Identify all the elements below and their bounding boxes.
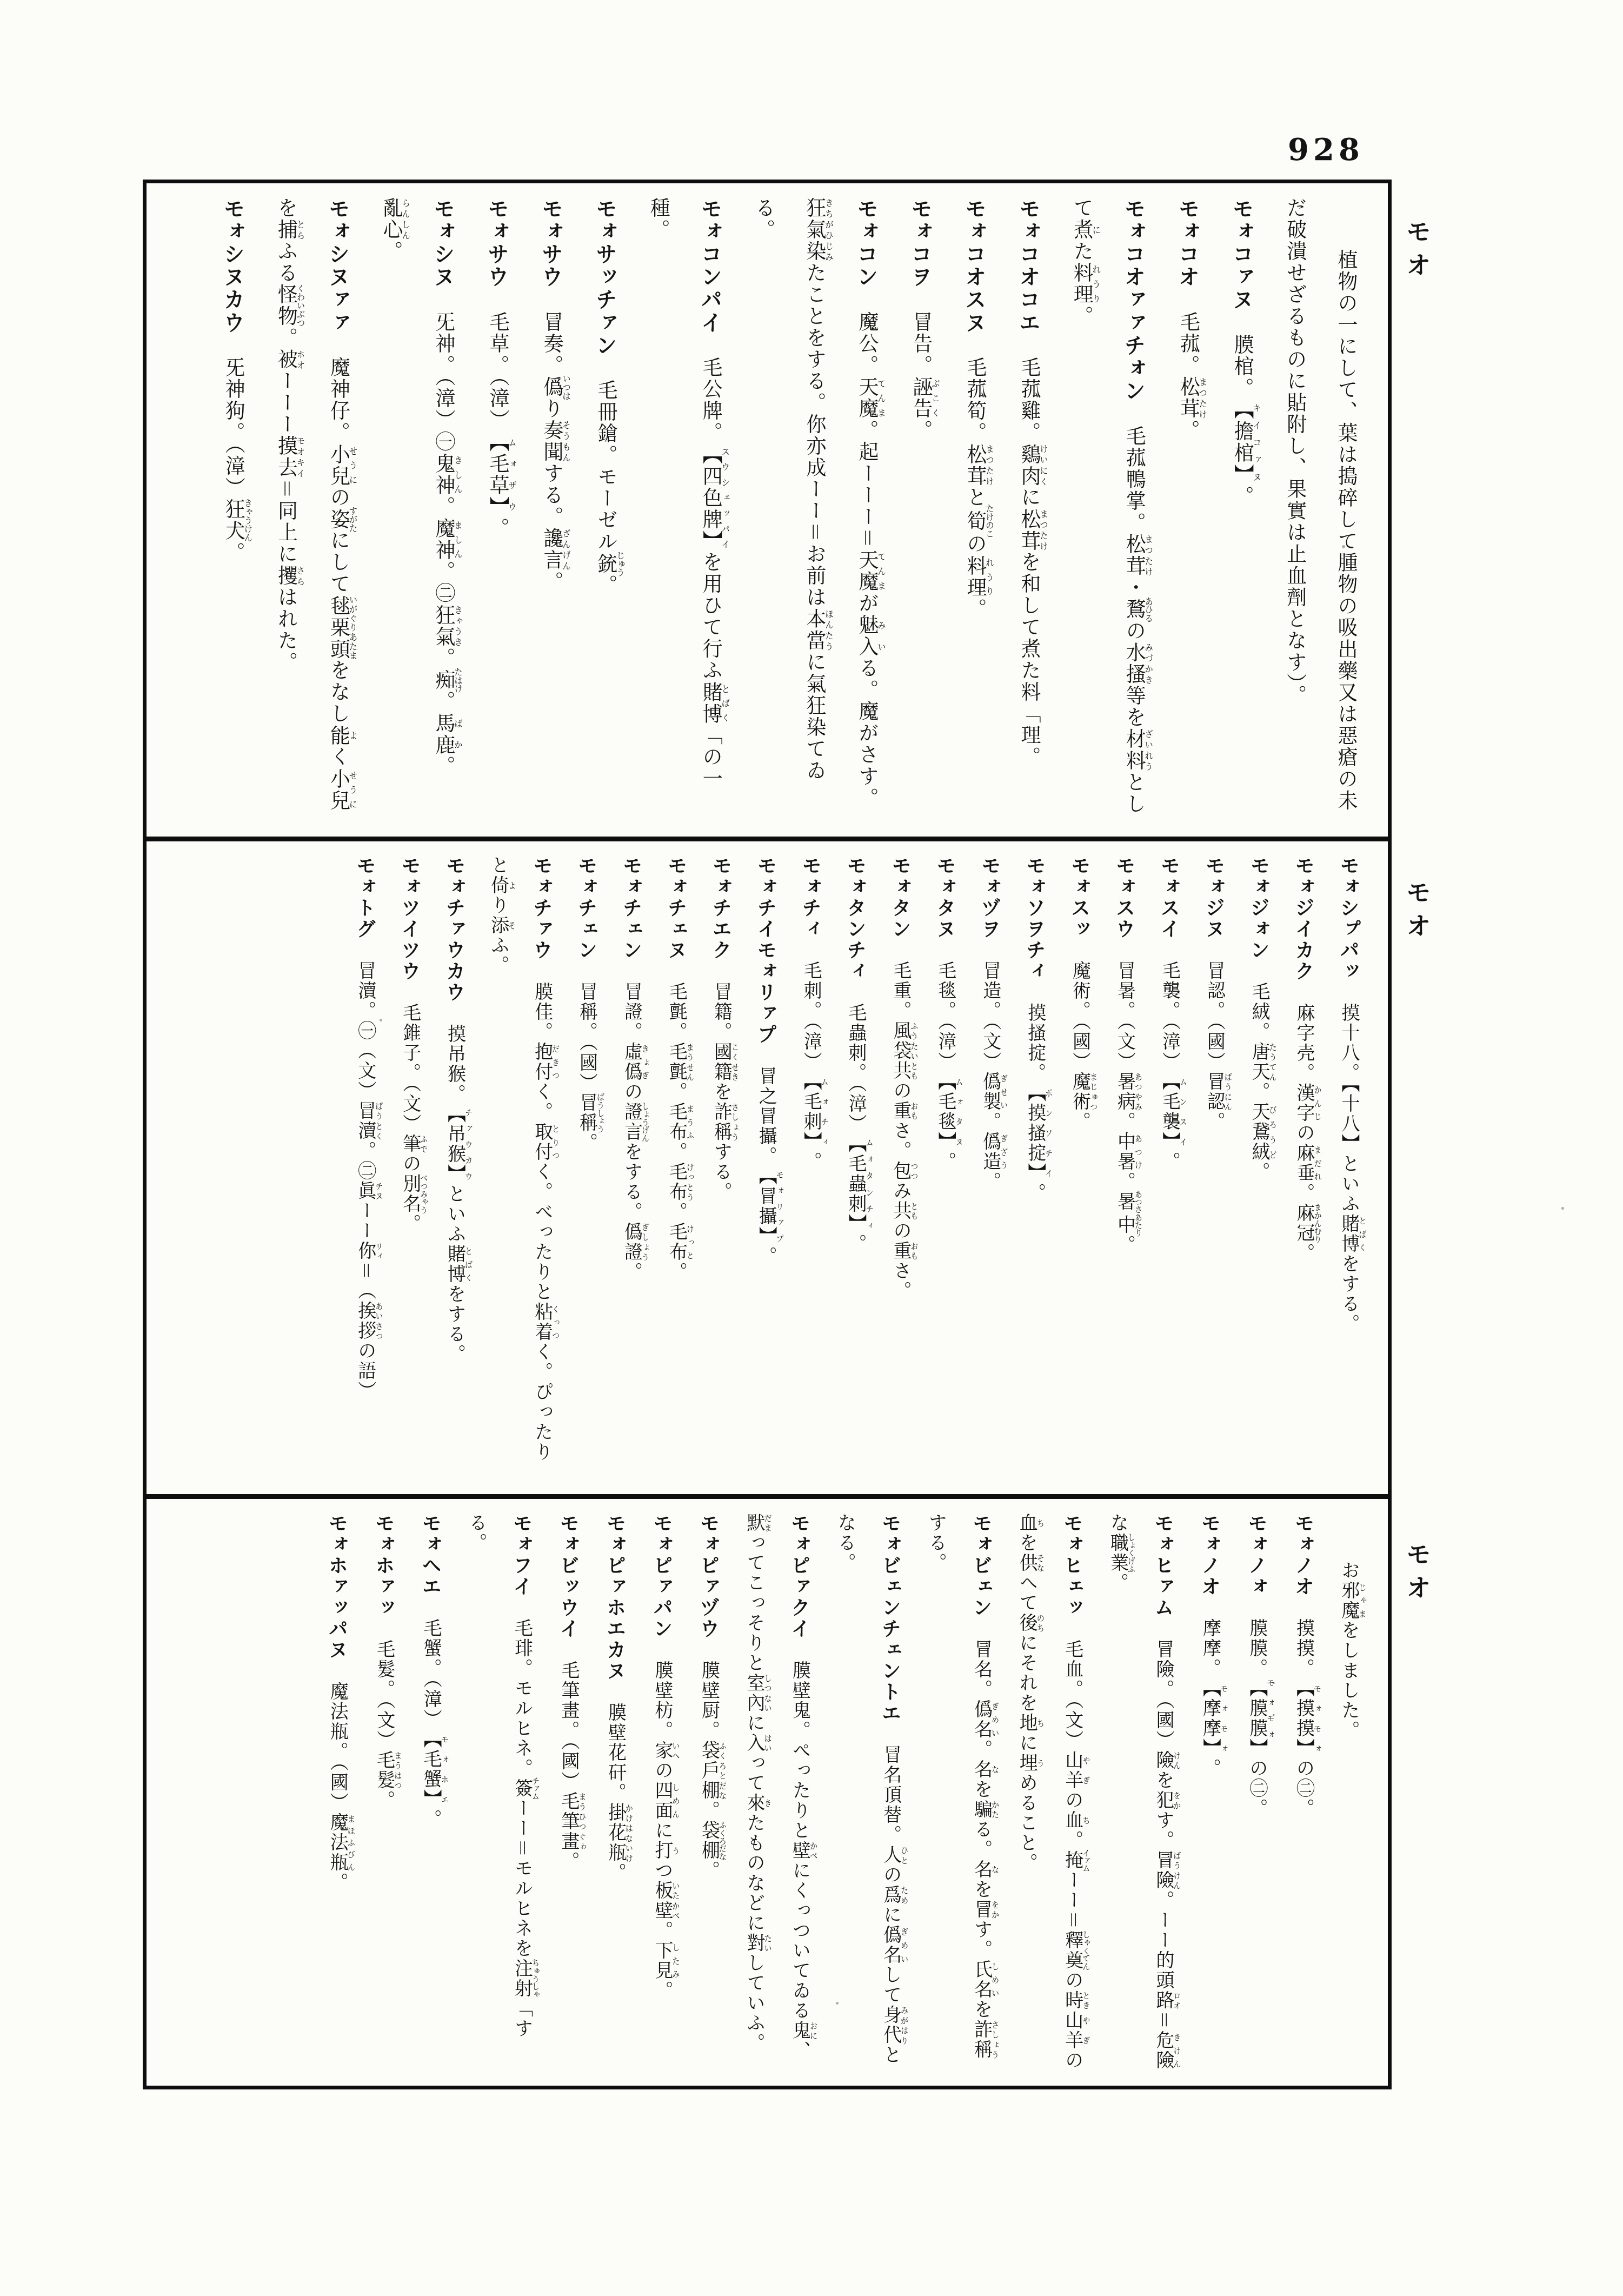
entry-term-with-furigana: 證言しょうげん <box>622 1102 642 1142</box>
entry-term-with-furigana: 亂心らんしん <box>380 197 402 241</box>
entry-headword: モォホァッパヌ <box>326 1513 348 1682</box>
scan-speck <box>836 2002 839 2005</box>
entry-headword: モォチェン <box>621 855 643 982</box>
dictionary-entry: お邪魔じゃまをしました。 <box>1326 1513 1371 2072</box>
entry-headword: モォタンチィ <box>844 855 867 1003</box>
entry-term-with-furigana: 料理れうり <box>1070 262 1092 306</box>
entry-headword: モォスッ <box>1069 855 1091 961</box>
entry-term-with-furigana: 風袋共ふうたいとも <box>890 1021 910 1081</box>
dictionary-entry: モォソヲチィ 摸搔掟。【摸搔掟】ポンソチイ。 <box>1012 855 1057 1480</box>
entry-headword: モォビェン <box>970 1513 993 1640</box>
entry-headword: モォジイカク <box>1293 855 1315 1003</box>
entry-term-with-furigana: 麻冠まかんむり <box>1294 1203 1314 1243</box>
dictionary-band-bottom: お邪魔じゃまをしました。モォノオ 摸摸。【摸摸】モォモォの㊁。モォノォ 膜膜。【… <box>147 1494 1388 2086</box>
entry-term-with-furigana: 身代みがはり <box>881 2005 901 2045</box>
margin-kana-label: モオ <box>1399 218 1435 286</box>
entry-term-with-furigana: 冒をか <box>972 1900 992 1920</box>
entry-headword: モォノォ <box>1246 1513 1268 1618</box>
entry-term-with-furigana: 掩イァム <box>1062 1850 1082 1870</box>
dictionary-entry: モォビェンチェントエ 冒名頂替。人ひとの爲ために僞名ぎめいして身代みがはりとなる… <box>823 1513 914 2072</box>
dictionary-entry: モォジォン 毛絨。唐天たうてん。天鵞絨びろうど。 <box>1236 855 1281 1480</box>
entry-term-with-furigana: 【膜膜】モ゚ォモ゚ォ <box>1247 1678 1267 1759</box>
entry-term-with-furigana: 摸去モオキイ <box>275 435 297 479</box>
entry-headword: モォシヌカウ <box>221 197 244 357</box>
entry-headword: モォシヌァァ <box>326 197 350 357</box>
entry-term-with-furigana: 【毛草】ムォザウ <box>486 432 508 518</box>
entry-term-with-furigana: 鷄肉けいにく <box>1017 444 1040 487</box>
entry-term-with-furigana: 攫さら <box>275 565 297 587</box>
dictionary-entry: モォヒェッ 毛血。（文）山羊やぎの血ち。掩イァムーー＝釋奠しゃくてんの時とき山羊… <box>1005 1513 1095 2072</box>
entry-term-with-furigana: 僞いつは <box>540 376 562 398</box>
entry-term-with-furigana: 狂犬きゃうけん <box>222 499 244 542</box>
dictionary-entry: モォコオコエ 毛菰雞。鷄肉けいにくに松茸まつたけを和して煮た料「理。 <box>1001 197 1055 822</box>
entry-term-with-furigana: 氏名しめい <box>972 1960 992 2000</box>
entry-headword: モォタン <box>889 855 912 961</box>
entry-term-with-furigana: 倚よ <box>488 875 508 895</box>
entry-term-with-furigana: 痴たはけ <box>432 669 454 691</box>
dictionary-entry: モォシㇷ゚パッ 摸十八。【十八】といふ賭博とばくをする。 <box>1326 855 1371 1480</box>
entry-term-with-furigana: 壁かべ <box>790 1841 810 1861</box>
entry-term-with-furigana: 唐天たうてん <box>1249 1042 1269 1082</box>
entry-headword: モォチァウ <box>531 855 553 982</box>
entry-term-with-furigana: 【毛蟲刺】ムォタンチィ <box>846 1134 866 1234</box>
dictionary-entry: モォノオ 摩摩。【摩摩】モォモォ。 <box>1186 1513 1233 2072</box>
dictionary-entry: モォチイモォリァプ 冒之冒攝。【冒攝】モォリァプ。 <box>743 855 788 1480</box>
entry-term-with-furigana: 材料ざいれう <box>1122 728 1145 772</box>
entry-headword: モォチァウカウ <box>444 855 466 1024</box>
entry-headword: モォコンパイ <box>698 197 722 357</box>
entry-term-with-furigana: 袋棚ふくろだな <box>699 1821 719 1861</box>
entry-headword: モォヅヲ <box>979 855 1001 961</box>
entry-headword: モォチエク <box>710 855 732 982</box>
entry-term-with-furigana: 入はい <box>744 1733 764 1753</box>
entry-term-with-furigana: 險けん <box>1153 1750 1173 1770</box>
entry-headword: モォコオコエ <box>1016 197 1040 357</box>
entry-term-with-furigana: 毛髮まうはつ <box>374 1750 394 1790</box>
dictionary-entry: モォジイカク 麻字壳。漢字かんじの麻垂まだれ。麻冠まかんむり。 <box>1281 855 1326 1480</box>
entry-term-with-furigana: 山羊やぎ <box>1062 1750 1082 1790</box>
entry-term-with-furigana: 僞名ぎめい <box>881 1925 901 1965</box>
entry-headword: モォビェンチェントエ <box>880 1513 902 1745</box>
entry-headword: モォスウ <box>1113 855 1135 961</box>
entry-term-with-furigana: 天魔てんま <box>855 376 877 420</box>
entry-term-with-furigana: 毛布けっと <box>666 1222 686 1262</box>
entry-term-with-furigana: 怪物くわいぶつ <box>275 284 297 327</box>
entry-term-with-furigana: 魔術まじゅつ <box>1070 1072 1090 1112</box>
dictionary-entry: モォコヲ 冒告。誣告ぶこく。 <box>893 197 947 822</box>
entry-headword: モォノオ <box>1292 1513 1314 1618</box>
entry-term-with-furigana: 松茸まつたけ <box>1122 534 1145 577</box>
entry-term-with-furigana: 簽チァム <box>511 1779 531 1799</box>
dictionary-entry: モォスウ 冒暑。（文）暑病あつやみ。中暑あつけ。暑中あつさあたり。 <box>1102 855 1147 1480</box>
entry-term-with-furigana: 鬼おに <box>790 2021 810 2041</box>
entry-term-with-furigana: 血ち <box>1062 1810 1082 1830</box>
entry-term-with-furigana: 冒險ばうけん <box>1153 1850 1173 1890</box>
dictionary-band-middle: モォシㇷ゚パッ 摸十八。【十八】といふ賭博とばくをする。モォジイカク 麻字壳。漢… <box>147 837 1388 1494</box>
entry-headword: モォピァヅウ <box>697 1513 720 1661</box>
entry-term-with-furigana: 供そな <box>1016 1553 1036 1573</box>
dictionary-entry: モォコァヌ 膜棺。【擔棺】キイコァヌ。 <box>1214 197 1268 822</box>
entry-term-with-furigana: 人ひと <box>881 1845 901 1865</box>
entry-headword: モォノオ <box>1199 1513 1221 1618</box>
entry-term-with-furigana: 鶩あひる <box>1122 599 1145 620</box>
dictionary-entry: モォタン 毛重。風袋共ふうたいともの重おもさ。包つつみ共ともの重おもさ。 <box>877 855 922 1480</box>
dictionary-entry: モォサウ 冒奏。僞いつはり奏聞そうもんする。讒言ざんげん。 <box>524 197 578 822</box>
entry-term-with-furigana: 職業しょくげふ <box>1107 1533 1127 1573</box>
entry-term-with-furigana: 【摸摸】モォモォ <box>1293 1678 1313 1759</box>
entry-headword: モォピァクイ <box>789 1513 811 1661</box>
entry-headword: モォジォン <box>1248 855 1270 982</box>
entry-headword: モォコオスヌ <box>962 197 986 357</box>
entry-term-with-furigana: 別名べつみゃう <box>400 1174 420 1214</box>
entry-headword: モォフイ <box>510 1513 533 1618</box>
entry-term-with-furigana: 掛花瓶かけはないけ <box>605 1803 625 1863</box>
scan-speck <box>1561 1207 1564 1210</box>
entry-term-with-furigana: 路ロオ <box>1153 1990 1173 2010</box>
entry-term-with-furigana: 毛布まうふ <box>666 1102 686 1142</box>
entry-term-with-furigana: 賭博とばく <box>699 682 721 725</box>
entry-headword: モォコァヌ <box>1229 197 1253 334</box>
entry-term-with-furigana: 四面しめん <box>652 1781 672 1821</box>
entry-headword: モォシヌ <box>431 197 455 311</box>
entry-term-with-furigana: 松茸まつたけ <box>963 444 986 487</box>
entry-term-with-furigana: 【摸搔掟】ポンソチイ <box>1025 1083 1045 1183</box>
entry-headword: モォヘエ <box>420 1513 442 1618</box>
entry-term-with-furigana: 名な <box>972 1760 992 1780</box>
entry-term-with-furigana: 詐稱さしょう <box>972 2020 992 2060</box>
entry-term-with-furigana: 暑病あつやみ <box>1114 1072 1134 1112</box>
entry-headword: モォタヌ <box>934 855 956 961</box>
entry-term-with-furigana: 冒稱ばうしょう <box>577 1093 597 1133</box>
dictionary-entry: モォビェン 冒名。僞名ぎめい。名なを騙かたる。名なを冒をかす。氏名しめいを詐稱さ… <box>914 1513 1005 2072</box>
dictionary-entry: モォコオァァチォン 毛菰鴨掌。松茸まつたけ・鶩あひるの水搔みづかき等を材料ざいれ… <box>1055 197 1160 822</box>
entry-term-with-furigana: 小兒せうに <box>327 444 349 487</box>
dictionary-entry: モォチィ 毛刺。（漳）【毛刺】ムォチィ。 <box>788 855 833 1480</box>
dictionary-entry: モォタヌ 毛毯。（漳）【毛毯】ムォタヌ。 <box>922 855 967 1480</box>
entry-term-with-furigana: 狂氣きゃうき <box>432 605 454 648</box>
entry-term-with-furigana: 僞名ぎめい <box>972 1700 992 1740</box>
dictionary-entry: モォホァッ 毛髮。（文）毛髮まうはつ。 <box>360 1513 407 2072</box>
entry-term-with-furigana: 默だま <box>744 1513 764 1533</box>
entry-term-with-furigana: 姿すがた <box>327 509 349 530</box>
entry-term-with-furigana: 銃じゅう <box>594 553 616 575</box>
entry-term-with-furigana: 下見したみ <box>652 1941 672 1981</box>
entry-term-with-furigana: 奏聞そうもん <box>540 420 562 463</box>
entry-term-with-furigana: 讒言ざんげん <box>540 528 562 571</box>
dictionary-entry: モォタンチィ 毛蟲刺。（漳）【毛蟲刺】ムォタンチィ。 <box>833 855 877 1480</box>
entry-headword: モォホァッ <box>373 1513 395 1640</box>
entry-term-with-furigana: 抱付だきつ <box>532 1042 552 1082</box>
entry-term-with-furigana: 對たい <box>744 1933 764 1953</box>
entry-term-with-furigana: 共とも <box>890 1201 910 1221</box>
dictionary-entry: 植物の一にして、葉は搗碎して腫物の吸出藥又は惡瘡の未だ破潰せざるものに貼附し、果… <box>1268 197 1371 822</box>
dictionary-entry: モォビッウイ 毛筆畫。（國）毛筆畫まうひつぐゎ。 <box>544 1513 591 2072</box>
dictionary-entry: モォジヌ 冒認。（國）冒認ばうにん。 <box>1191 855 1236 1480</box>
entry-term-with-furigana: 漢字かんじ <box>1294 1083 1314 1123</box>
entry-term-with-furigana: 【毛襲】ムンスイ <box>1159 1072 1179 1152</box>
dictionary-entry: モォスイ 毛襲。（漳）【毛襲】ムンスイ。 <box>1146 855 1191 1480</box>
entry-headword: モォツイツウ <box>399 855 421 1003</box>
dictionary-entry: モォフイ 毛琲。モルヒネ。簽チァムーー＝モルヒネを注射ちゅうしゃ「する。 <box>454 1513 544 2072</box>
entry-term-with-furigana: 僞造ぎざう <box>980 1132 1000 1172</box>
dictionary-entry: モォピァヅウ 膜壁厨。袋戶棚ふくろとだな。袋棚ふくろだな。 <box>685 1513 732 2072</box>
entry-term-with-furigana: 時とき <box>1062 1990 1082 2010</box>
entry-term-with-furigana: 國籍こくせき <box>711 1042 731 1082</box>
entry-term-with-furigana: 小兒せうに <box>327 768 349 812</box>
entry-term-with-furigana: 麻垂まだれ <box>1294 1143 1314 1183</box>
entry-term-with-furigana: 取付とりつ <box>532 1122 552 1162</box>
entry-term-with-furigana: 來き <box>744 1793 764 1813</box>
entry-headword: モォコオ <box>1175 197 1199 311</box>
entry-term-with-furigana: 粘着くっつ <box>532 1302 552 1342</box>
dictionary-entry: モォシヌカウ 旡神狗。（漳）狂犬きゃうけん。 <box>205 197 260 822</box>
entry-term-with-furigana: 邪魔じゃま <box>1339 1581 1359 1621</box>
entry-headword: モォサウ <box>539 197 563 311</box>
entry-headword: モォコヲ <box>908 197 932 311</box>
entry-term-with-furigana: 家いへ <box>652 1741 672 1761</box>
dictionary-entry: モォコンパイ 毛公牌。【四色牌】スウシェッパイを用ひて行ふ賭博とばく「の一種。 <box>632 197 737 822</box>
dictionary-entry: モォサッチァン 毛冊鎗。モーゼル銃じゅう。 <box>578 197 632 822</box>
entry-term-with-furigana: 僞證ぎしょう <box>622 1222 642 1262</box>
dictionary-entry: モォシヌァァ 魔神仔。小兒せうにの姿すがたにして毬栗頭いがぐりあたまをなし能よく… <box>260 197 364 822</box>
entry-term-with-furigana: 血ち <box>1016 1513 1036 1533</box>
entry-term-with-furigana: 【毛蟹】モォホエ <box>421 1729 441 1809</box>
entry-term-with-furigana: 山羊やぎ <box>1062 2010 1082 2051</box>
entry-headword: モォサッチァン <box>593 197 617 380</box>
entry-term-with-furigana: 室內しつない <box>744 1673 764 1713</box>
entry-term-with-furigana: 魔法瓶まほふびん <box>327 1813 347 1873</box>
dictionary-entry: モォチエク 冒籍。國籍こくせきを詐稱さしょうする。 <box>698 855 743 1480</box>
entry-term-with-furigana: 冒瀆ばうとく <box>355 1101 375 1141</box>
margin-kana-label: モオ <box>1399 879 1435 946</box>
dictionary-entry: モォチェヌ 毛氈。毛氈まうせん。毛布まうふ。毛布けっとう。毛布けっと。 <box>654 855 699 1480</box>
dictionary-entry: モォピァホエカヌ 膜壁花矸。掛花瓶かけはないけ。 <box>591 1513 638 2072</box>
entry-headword: モォチィ <box>800 855 822 961</box>
scan-speck <box>1342 545 1345 548</box>
entry-term-with-furigana: 松茸まつたけ <box>1176 376 1199 420</box>
dictionary-entry: モォピァパン 膜壁枋。家いへの四面しめんに打うつ板壁いたかべ。下見したみ。 <box>638 1513 685 2072</box>
entry-term-with-furigana: 【毛毯】ムォタヌ <box>935 1072 955 1152</box>
entry-term-with-furigana: 本當ほんたう <box>803 608 825 652</box>
entry-term-with-furigana: 毬栗頭いがぐりあたま <box>327 595 349 660</box>
entry-headword: モォビッウイ <box>557 1513 580 1661</box>
entry-term-with-furigana: 釋奠しゃくてん <box>1062 1930 1082 1970</box>
entry-headword: モォヒァム <box>1152 1513 1174 1640</box>
entry-term-with-furigana: 添そ <box>488 915 508 935</box>
entry-term-with-furigana: 誣告ぶこく <box>909 376 932 420</box>
dictionary-entry: モォチァウ 膜佳。抱付だきつく。取付とりつく。べったりと粘着くっつく。ぴったりと… <box>477 855 564 1480</box>
dictionary-entry: モォコオスヌ 毛菰筍。松茸まつたけと筍たけのこの料理れうり。 <box>947 197 1001 822</box>
entry-term-with-furigana: 詐稱さしょう <box>711 1102 731 1142</box>
dictionary-entry: モォサウ 毛草。（漳）【毛草】ムォザウ。 <box>470 197 524 822</box>
entry-term-with-furigana: 重おも <box>890 1101 910 1121</box>
entry-term-with-furigana: 名な <box>972 1860 992 1880</box>
entry-term-with-furigana: 板壁いたかべ <box>652 1881 672 1921</box>
entry-term-with-furigana: 【毛刺】ムォチィ <box>801 1072 821 1152</box>
entry-term-with-furigana: 注射ちゅうしゃ <box>511 1959 531 1999</box>
entry-term-with-furigana: 【擔棺】キイコァヌ <box>1230 399 1253 486</box>
entry-term-with-furigana: 煮に <box>1070 219 1092 241</box>
entry-headword: モォチェヌ <box>665 855 687 982</box>
entry-term-with-furigana: 水搔みづかき <box>1122 642 1145 685</box>
dictionary-entry: モォピァクイ 膜壁鬼。ぺったりと壁かべにくっついてゐる鬼おに、默だまってこっそり… <box>731 1513 822 2072</box>
entry-term-with-furigana: 魅入みい <box>855 614 877 658</box>
entry-term-with-furigana: 【吊猴】チァウカウ <box>445 1104 465 1184</box>
entry-term-with-furigana: 埋う <box>1016 1753 1036 1773</box>
entry-term-with-furigana: 後のち <box>1016 1613 1036 1633</box>
entry-term-with-furigana: 危險きけん <box>1153 2030 1173 2071</box>
entry-headword: モォコオァァチォン <box>1121 197 1145 426</box>
dictionary-entry: モォチェン 冒證。虛僞きょぎの證言しょうげんをする。僞證ぎしょう。 <box>609 855 654 1480</box>
dictionary-entry: モォヒァム 冒險。（國）險けんを犯をかす。冒險ばうけん。ーー的頭路ロオ＝危險きけ… <box>1095 1513 1186 2072</box>
entry-term-with-furigana: 眞チヌ <box>355 1181 375 1201</box>
entry-headword: モォチイモォリァプ <box>755 855 777 1066</box>
entry-term-with-furigana: 【冒攝】モォリァプ <box>756 1166 776 1246</box>
dictionary-entry: モォホァッパヌ 魔法瓶。（國）魔法瓶まほふびん。 <box>314 1513 361 2072</box>
dictionary-entry: モォコオ 毛菰。松茸まつたけ。 <box>1160 197 1214 822</box>
dictionary-entry: モォコン 魔公。天魔てんま。起ーーー＝天魔てんまが魅入みいる。魔がさす。狂氣染き… <box>737 197 893 822</box>
entry-term-with-furigana: 打う <box>652 1841 672 1861</box>
page-number: 928 <box>1288 132 1364 168</box>
dictionary-entry: モォスッ 魔術。（國）魔術まじゅつ。 <box>1057 855 1102 1480</box>
entry-term-with-furigana: 被ホオ <box>275 349 297 370</box>
entry-term-with-furigana: 毛筆畫まうひつぐゎ <box>558 1791 578 1852</box>
entry-headword: モォシㇷ゚パッ <box>1338 855 1360 1003</box>
margin-kana-label: モオ <box>1399 1541 1435 1608</box>
entry-headword: モォヒェッ <box>1061 1513 1083 1640</box>
entry-term-with-furigana: 袋戶棚ふくろとだな <box>699 1741 719 1801</box>
entry-term-with-furigana: 犯をか <box>1153 1790 1173 1810</box>
dictionary-entry: モォヅヲ 冒造。（文）僞製ぎせい。僞造ぎざう。 <box>967 855 1012 1480</box>
entry-term-with-furigana: 魔神ましん <box>432 518 454 561</box>
entry-term-with-furigana: 你リィ <box>355 1241 375 1261</box>
scanned-dictionary-page: { "page": { "number": "928", "margin_lab… <box>0 0 1623 2296</box>
dictionary-band-top: 植物の一にして、葉は搗碎して腫物の吸出藥又は惡瘡の未だ破潰せざるものに貼附し、果… <box>147 183 1388 837</box>
entry-term-with-furigana: 賭博とばく <box>1339 1214 1359 1254</box>
entry-headword: モォソヲチィ <box>1024 855 1046 1003</box>
entry-headword: モォコン <box>854 197 878 311</box>
entry-term-with-furigana: 僞製ぎせい <box>980 1072 1000 1112</box>
dictionary-entry: モォノォ 膜膜。【膜膜】モ゚ォモ゚ォの㊁。 <box>1233 1513 1280 2072</box>
entry-term-with-furigana: 重おも <box>890 1241 910 1261</box>
entry-term-with-furigana: 松茸まつたけ <box>1017 509 1040 552</box>
entry-headword: モォトグ <box>354 855 376 961</box>
entry-term-with-furigana: 毛氈まうせん <box>666 1042 686 1082</box>
entry-headword: モォサウ <box>485 197 509 311</box>
entry-term-with-furigana: 馬鹿ばか <box>432 713 454 756</box>
entry-term-with-furigana: 能よ <box>327 725 349 747</box>
entry-headword: モォピァパン <box>651 1513 673 1661</box>
entry-term-with-furigana: 挨拶あいさつ <box>355 1301 375 1341</box>
entry-headword: モォチェン <box>576 855 598 982</box>
entry-term-with-furigana: 筍たけのこ <box>963 509 986 534</box>
dictionary-entry: モォチェン 冒稱。（國）冒稱ばうしょう。 <box>564 855 609 1480</box>
entry-term-with-furigana: 【摩摩】モォモォ <box>1200 1678 1220 1759</box>
entry-term-with-furigana: 料理れうり <box>963 555 986 599</box>
entry-term-with-furigana: 暑中あつさあたり <box>1114 1192 1134 1235</box>
dictionary-entry: モォチァウカウ 摸吊猴。【吊猴】チァウカウといふ賭博とばくをする。 <box>432 855 477 1480</box>
entry-term-with-furigana: 筆ふで <box>400 1134 420 1154</box>
entry-term-with-furigana: 爲ため <box>881 1885 901 1905</box>
entry-term-with-furigana: 【四色牌】スウシェッパイ <box>699 444 721 552</box>
dictionary-entry: モォヘエ 毛蟹。（漳）【毛蟹】モォホエ。 <box>407 1513 454 2072</box>
entry-term-with-furigana: 冒認ばうにん <box>1204 1072 1224 1112</box>
entry-term-with-furigana: 鬼神きしん <box>432 453 454 496</box>
scan-speck <box>380 1019 382 1021</box>
entry-headword: モォジヌ <box>1203 855 1225 961</box>
dictionary-entry: モォツイツウ 毛錐子。（文）筆ふでの別名べつみゃう。 <box>387 855 432 1480</box>
text-border-box: 植物の一にして、葉は搗碎して腫物の吸出藥又は惡瘡の未だ破潰せざるものに貼附し、果… <box>143 180 1392 2089</box>
entry-headword: モォスイ <box>1158 855 1180 961</box>
entry-term-with-furigana: 賭博とばく <box>445 1244 465 1284</box>
entry-term-with-furigana: 天魔てんま <box>855 549 877 593</box>
entry-term-with-furigana: 包つつ <box>890 1161 910 1181</box>
entry-term-with-furigana: 中暑あつけ <box>1114 1132 1134 1172</box>
entry-headword: モォピァホエカヌ <box>604 1513 626 1703</box>
entry-term-with-furigana: 騙かた <box>972 1800 992 1820</box>
dictionary-entry: モォトグ 冒瀆。㊀（文）冒瀆ばうとく。㊁眞チヌーー你リィ＝（挨拶あいさつの語） <box>342 855 387 1480</box>
dictionary-entry: モォノオ 摸摸。【摸摸】モォモォの㊁。 <box>1280 1513 1327 2072</box>
dictionary-entry: モォシヌ 旡神。（漳）㊀鬼神きしん。魔神ましん。㊁狂氣きゃうき。痴たはけ。馬鹿ば… <box>365 197 470 822</box>
entry-term-with-furigana: 毛布けっとう <box>666 1162 686 1202</box>
entry-term-with-furigana: 天鵞絨びろうど <box>1249 1102 1269 1162</box>
entry-term-with-furigana: 狂氣染きちがひじみ <box>803 197 825 262</box>
entry-term-with-furigana: 捕とら <box>275 219 297 241</box>
entry-term-with-furigana: 虛僞きょぎ <box>622 1042 642 1082</box>
entry-term-with-furigana: 地ち <box>1016 1713 1036 1733</box>
